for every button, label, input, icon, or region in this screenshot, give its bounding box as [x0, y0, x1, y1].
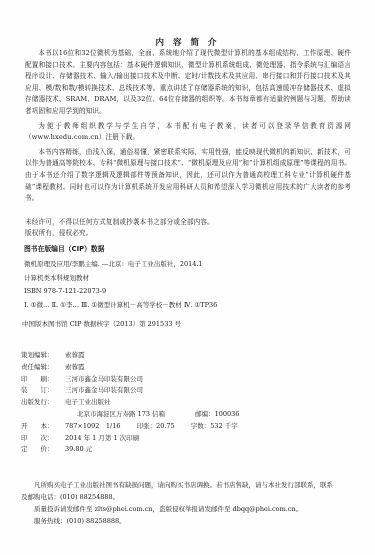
price-value: 39.80 元 — [65, 445, 92, 453]
page-title: 内 容 简 介 — [0, 36, 375, 48]
postcode-value: 100036 — [215, 410, 240, 418]
planning-editor-row: 策划编辑：索蓉霞 — [21, 350, 361, 362]
address-row: 北京市海淀区万寿路 173 信箱 邮编：100036 — [21, 409, 361, 421]
address-value: 北京市海淀区万寿路 173 信箱 — [77, 410, 165, 418]
copyright-notice: 未经许可，不得以任何方式复制或抄袭本书之部分或全部内容。 — [25, 217, 351, 229]
planning-editor-value: 索蓉霞 — [65, 351, 85, 359]
responsible-editor-label: 责任编辑： — [21, 362, 65, 374]
publisher-label: 出版发行： — [21, 397, 65, 409]
service-hotline: 服务热线：(010) 88258888。 — [21, 515, 355, 527]
service-notice: 凡所购买电子工业出版社图书有缺损问题，请向购买书店调换。若书店售缺，请与本社发行… — [21, 479, 355, 527]
cip-line-classification: Ⅰ. ①微… Ⅱ. ①李… Ⅲ. ①微型计算机－高等学校－教材 Ⅳ. ①TP36 — [24, 299, 354, 313]
complaint-email: 质量投诉请发邮件至 zlts@phei.com.cn，盗版侵权举报请发邮件至 d… — [21, 503, 355, 515]
postcode-label: 邮编： — [195, 410, 215, 418]
cip-line-series: 计算机类本科规划教材 — [24, 272, 354, 286]
cip-line-title: 微机原理及应用/李鹏主编. —北京：电子工业出版社，2014.1 — [24, 258, 354, 272]
binding-value: 三河市鑫金马印装有限公司 — [65, 386, 143, 394]
format-value: 787×1092 1/16 — [65, 422, 121, 430]
edition-row: 印 次：2014 年 1 月第 1 次印刷 — [21, 433, 361, 445]
format-label: 开 本： — [21, 421, 65, 433]
binding-row: 装 订：三河市鑫金马印装有限公司 — [21, 385, 361, 397]
copyright-page: 内 容 简 介 本书以16位和32位微机为基础，全面、系统地介绍了现代微型计算机… — [0, 0, 375, 555]
cip-line-isbn: ISBN 978-7-121-22073-9 — [24, 285, 354, 299]
responsible-editor-value: 索蓉霞 — [65, 363, 85, 371]
order-phone: 及邮购电话：(010) 88254888。 — [21, 491, 355, 503]
responsible-editor-row: 责任编辑：索蓉霞 — [21, 362, 361, 374]
printing-label: 印 刷： — [21, 374, 65, 386]
printing-value: 三河市鑫金马印装有限公司 — [65, 375, 143, 383]
summary-paragraph-3: 本书内容精练，由浅入深，通俗易懂，紧密联系实际，实用性强，能反映现代微机的新知识… — [25, 147, 351, 205]
rights-reserved: 版权所有，侵权必究。 — [25, 228, 351, 240]
sheets-value: 20.75 — [156, 422, 175, 430]
planning-editor-label: 策划编辑： — [21, 350, 65, 362]
publisher-row: 出版发行：电子工业出版社 — [21, 397, 361, 409]
format-row: 开 本：787×1092 1/16 印张：20.75 字数：532 千字 — [21, 421, 361, 433]
defect-notice: 凡所购买电子工业出版社图书有缺损问题，请向购买书店调换。若书店售缺，请与本社发行… — [21, 479, 355, 491]
edition-label: 印 次： — [21, 433, 65, 445]
content-summary: 本书以16位和32位微机为基础，全面、系统地介绍了现代微型计算机的基本组成结构、… — [25, 48, 351, 240]
edition-value: 2014 年 1 月第 1 次印刷 — [65, 434, 139, 442]
summary-paragraph-2: 为便于教师组织教学与学生自学，本书配有电子教案，读者可以登录华信教育资源网（ww… — [25, 121, 351, 144]
summary-paragraph-1: 本书以16位和32位微机为基础，全面、系统地介绍了现代微型计算机的基本组成结构、… — [25, 48, 351, 118]
printing-row: 印 刷：三河市鑫金马印装有限公司 — [21, 374, 361, 386]
binding-label: 装 订： — [21, 385, 65, 397]
publisher-value: 电子工业出版社 — [65, 398, 111, 406]
cip-data: 微机原理及应用/李鹏主编. —北京：电子工业出版社，2014.1 计算机类本科规… — [24, 258, 354, 312]
price-row: 定 价：39.80 元 — [21, 444, 361, 456]
price-label: 定 价： — [21, 444, 65, 456]
sheets-label: 印张： — [137, 422, 157, 430]
words-label: 字数： — [191, 422, 211, 430]
cip-heading: 图书在版编目（CIP）数据 — [24, 243, 104, 253]
cip-number: 中国版本图书馆 CIP 数据核字（2013）第 291533 号 — [22, 319, 181, 328]
words-value: 532 千字 — [210, 422, 237, 430]
publication-info: 策划编辑：索蓉霞 责任编辑：索蓉霞 印 刷：三河市鑫金马印装有限公司 装 订：三… — [21, 350, 361, 456]
